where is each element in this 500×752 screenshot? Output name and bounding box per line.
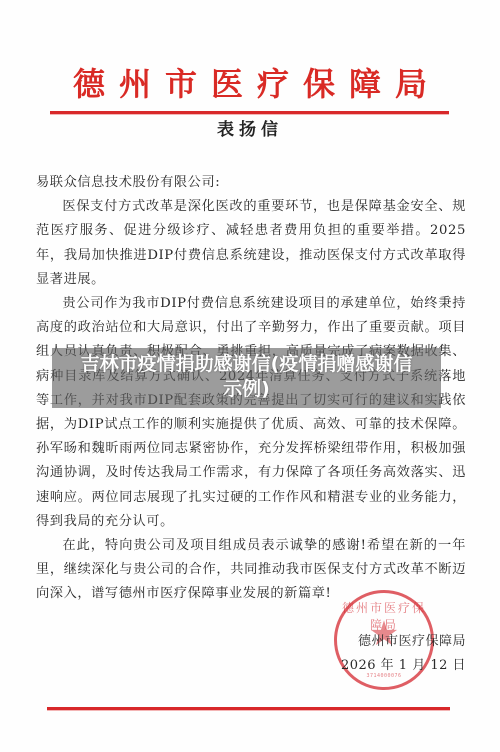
letter-paragraph-2: 贵公司作为我市DIP付费信息系统建设项目的承建单位，始终秉持高度的政治站位和大局… bbox=[36, 292, 466, 534]
signature-date: 2026 年 1 月 12 日 bbox=[341, 654, 466, 678]
letter-paragraph-3: 在此，特向贵公司及项目组成员表示诚挚的感谢!希望在新的一年里，继续深化与贵公司的… bbox=[36, 534, 466, 607]
letterhead-red-rule bbox=[50, 111, 449, 115]
letterhead-organization: 德州市医疗保障局 bbox=[0, 64, 500, 104]
letter-salutation: 易联众信息技术股份有限公司: bbox=[36, 171, 466, 195]
letter-page: 德州市医疗保障局 表扬信 易联众信息技术股份有限公司: 医保支付方式改革是深化医… bbox=[0, 0, 500, 752]
signature-organization: 德州市医疗保障局 bbox=[358, 630, 466, 654]
footer-red-rule bbox=[47, 707, 450, 711]
document-type-title: 表扬信 bbox=[0, 119, 500, 141]
letter-paragraph-1: 医保支付方式改革是深化医改的重要环节，也是保障基金安全、规范医疗服务、促进分级诊… bbox=[36, 195, 466, 292]
overlay-article-title[interactable]: 吉林市疫情捐助感谢信(疫情捐赠感谢信示例) bbox=[52, 348, 441, 402]
